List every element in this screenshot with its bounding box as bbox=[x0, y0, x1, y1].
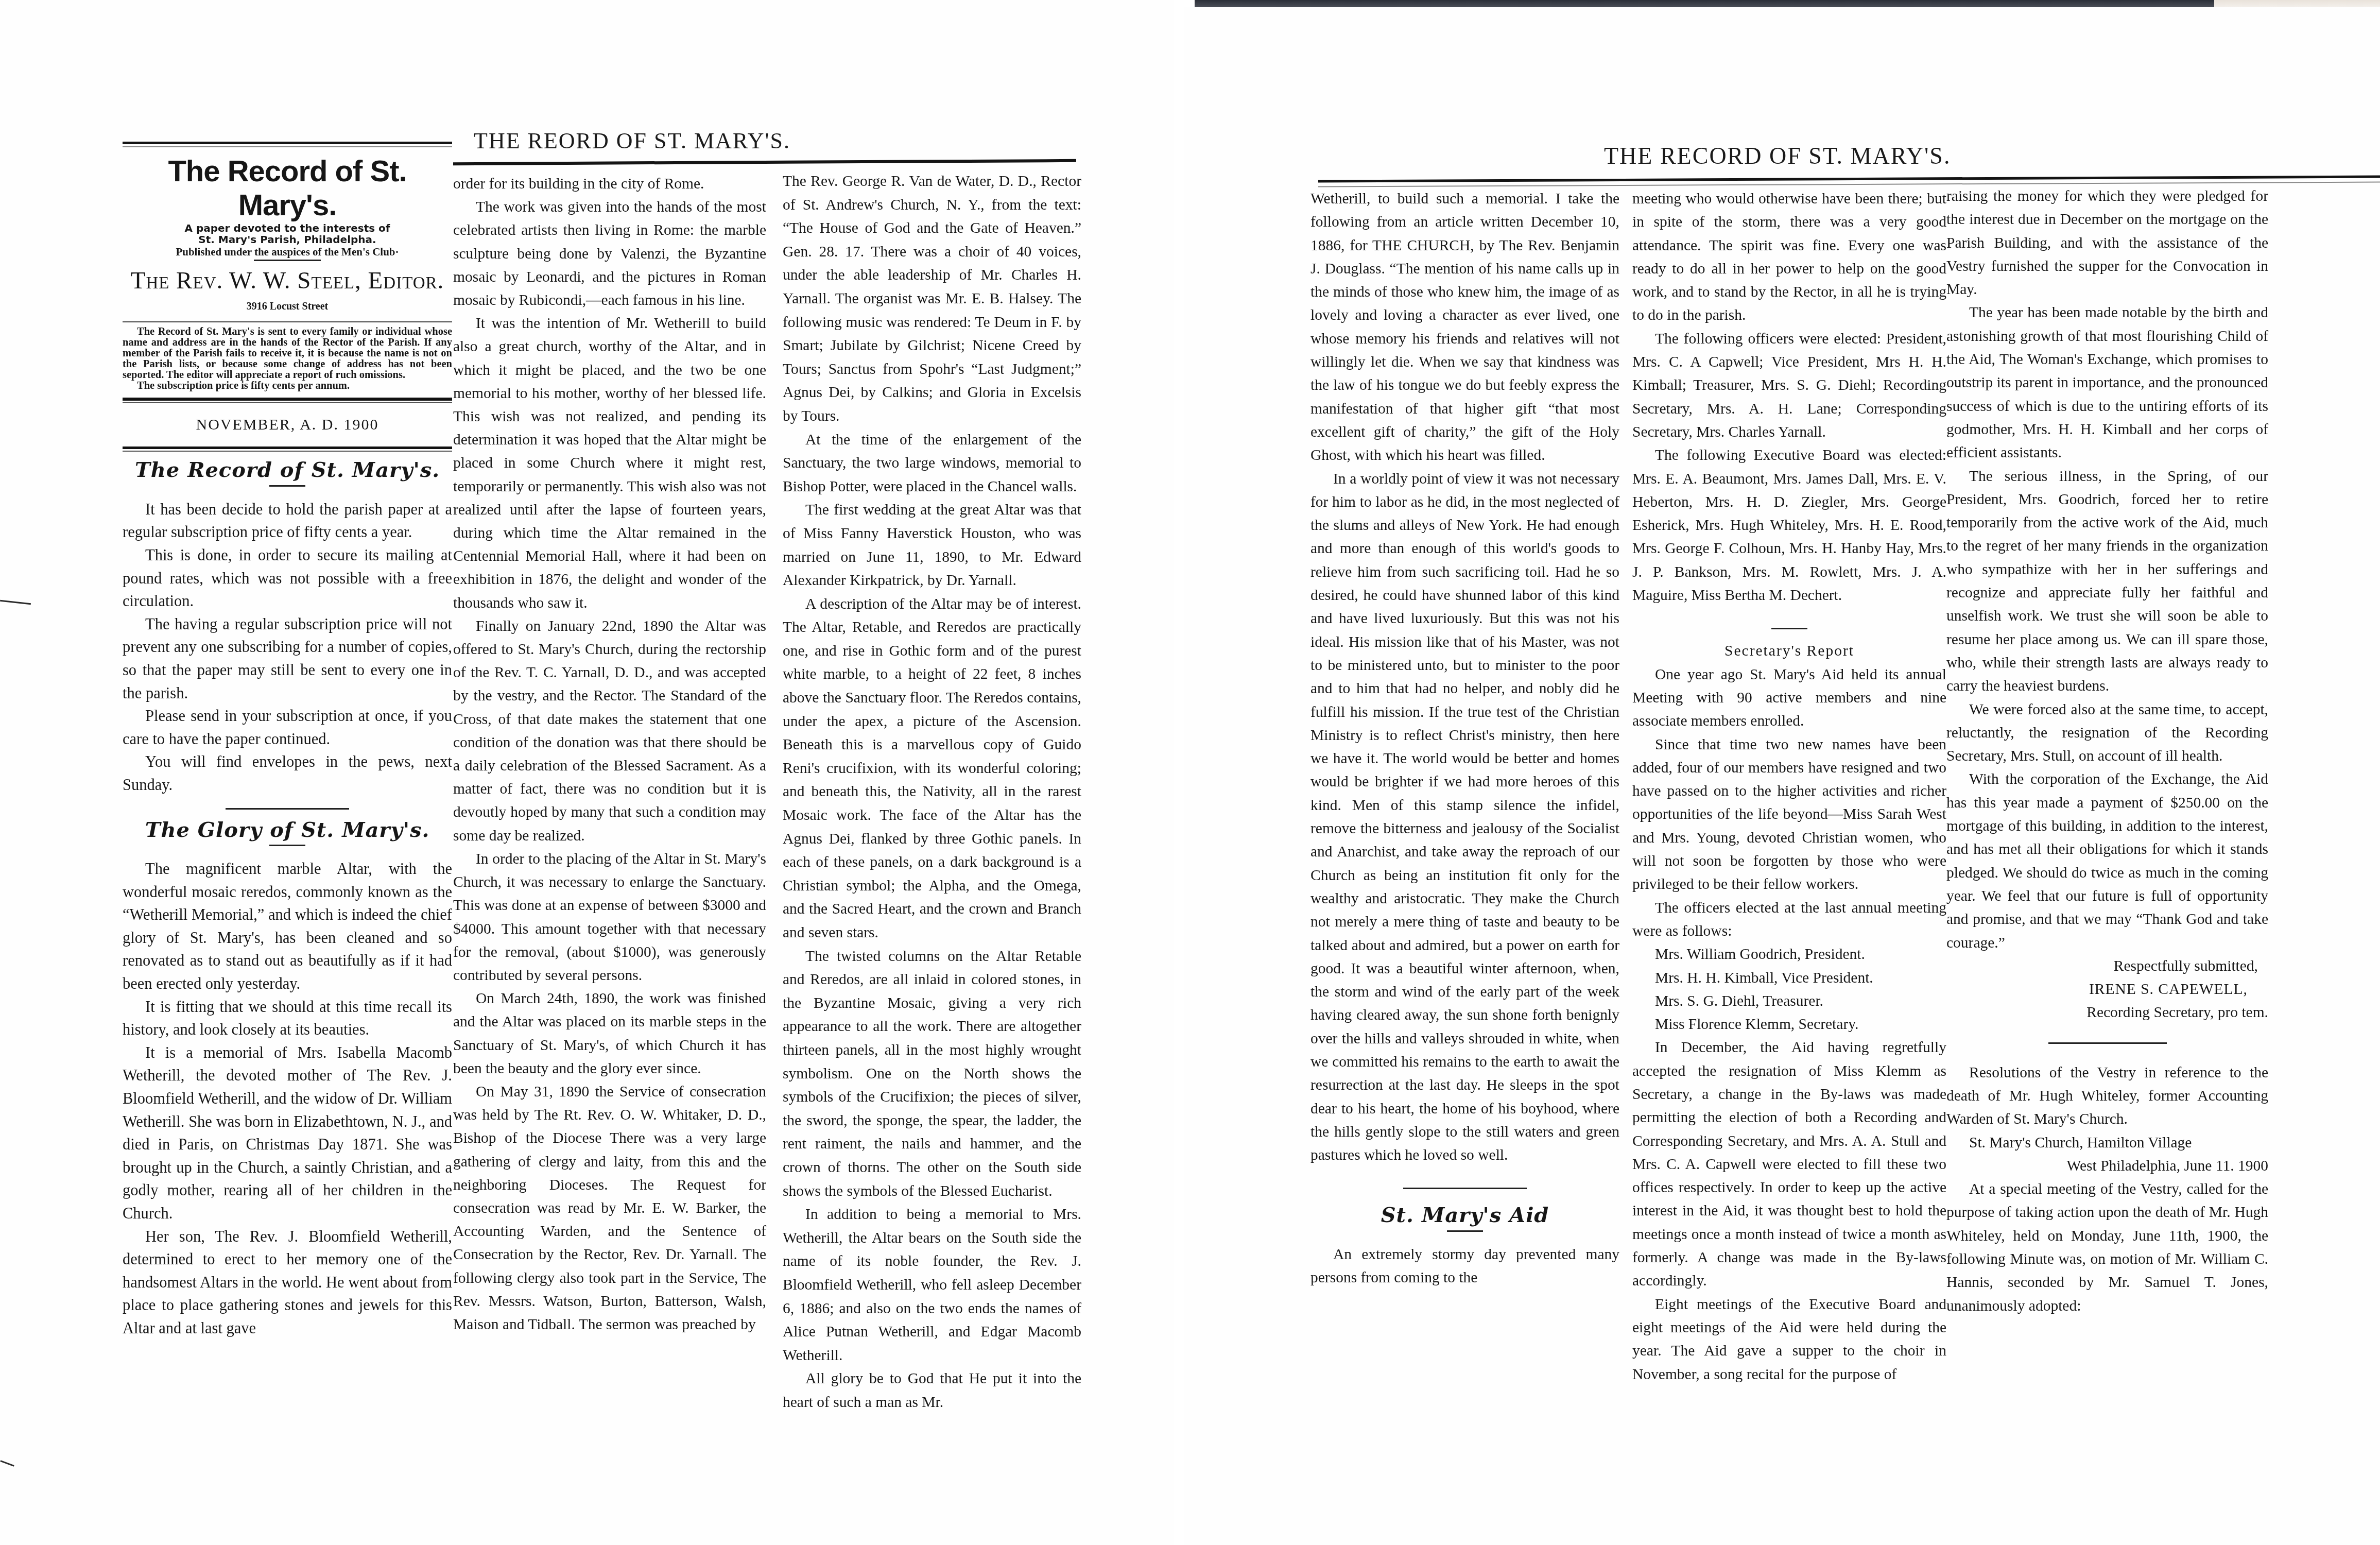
masthead-subtitle-1: A paper devoted to the interests of bbox=[123, 222, 452, 234]
column-2: meeting who would otherwise have been th… bbox=[1632, 187, 1946, 1386]
paragraph: Please send in your subscription at once… bbox=[123, 705, 452, 750]
page-top-edge bbox=[1195, 0, 2380, 7]
masthead-top-rule-thin bbox=[123, 146, 452, 147]
paragraph: In December, the Aid having regretfully … bbox=[1632, 1036, 1946, 1293]
masthead-top-rule bbox=[123, 142, 452, 144]
paragraph: Her son, The Rev. J. Bloomfield Wetheril… bbox=[123, 1225, 452, 1340]
scan-mark bbox=[0, 1460, 14, 1466]
officer-entry: Miss Florence Klemm, Secretary. bbox=[1632, 1013, 1946, 1036]
officer-entry: Mrs. William Goodrich, President. bbox=[1632, 943, 1946, 966]
paragraph: In order to the placing of the Altar in … bbox=[453, 848, 766, 987]
heading-underline bbox=[269, 845, 305, 846]
masthead-notice: The Record of St. Mary's is sent to ever… bbox=[123, 327, 452, 391]
masthead-divider bbox=[254, 260, 321, 261]
paragraph: At the time of the enlargement of the Sa… bbox=[783, 428, 1081, 499]
paragraph: The having a regular subscription price … bbox=[123, 613, 452, 705]
running-head-right: THE RECORD OF ST. MARY'S. bbox=[1604, 142, 1951, 169]
signoff-name: IRENE S. CAPEWELL, bbox=[1946, 978, 2268, 1001]
paragraph: The work was given into the hands of the… bbox=[453, 196, 766, 312]
masthead-editor: The Rev. W. W. Steel, Editor. bbox=[123, 266, 452, 295]
paragraph: All glory be to God that He put it into … bbox=[783, 1367, 1081, 1414]
paragraph: The following officers were elected: Pre… bbox=[1632, 328, 1946, 444]
paragraph: An extremely stormy day prevented many p… bbox=[1310, 1243, 1619, 1290]
signoff-title: Recording Secretary, pro tem. bbox=[1946, 1001, 2268, 1024]
paragraph: The magnificent marble Altar, with the w… bbox=[123, 857, 452, 995]
section-divider bbox=[1403, 1188, 1527, 1189]
price-notice: The subscription price is fifty cents pe… bbox=[123, 381, 452, 391]
heading-underline bbox=[1447, 1230, 1483, 1232]
heading-underline bbox=[269, 485, 305, 487]
masthead-address: 3916 Locust Street bbox=[123, 295, 452, 318]
paragraph: The Rev. George R. Van de Water, D. D., … bbox=[783, 170, 1081, 428]
paragraph: We were forced also at the same time, to… bbox=[1946, 698, 2268, 768]
section-divider bbox=[226, 808, 349, 810]
header-rule bbox=[453, 159, 1076, 165]
signoff-line: Respectfully submitted, bbox=[1946, 955, 2268, 978]
issue-date: NOVEMBER, A. D. 1900 bbox=[123, 414, 452, 437]
masthead-rule bbox=[123, 321, 452, 322]
paragraph: You will find envelopes in the pews, nex… bbox=[123, 750, 452, 796]
scan-mark bbox=[0, 600, 31, 605]
paragraph: The first wedding at the great Altar was… bbox=[783, 499, 1081, 592]
paragraph: meeting who would otherwise have been th… bbox=[1632, 187, 1946, 328]
right-page: THE RECORD OF ST. MARY'S. Wetherill, to … bbox=[1184, 7, 2380, 1545]
paragraph: It has been decide to hold the parish pa… bbox=[123, 498, 452, 544]
left-page: THE REORD OF ST. MARY'S. The Record of S… bbox=[0, 0, 1174, 1545]
paragraph: It was the intention of Mr. Wetherill to… bbox=[453, 312, 766, 615]
column-3: raising the money for which they were pl… bbox=[1946, 185, 2268, 1318]
notice-text: The Record of St. Mary's is sent to ever… bbox=[123, 327, 452, 381]
paragraph: On May 31, 1890 the Service of consecrat… bbox=[453, 1080, 766, 1336]
paragraph: This is done, in order to secure its mai… bbox=[123, 544, 452, 613]
resolutions-body: At a special meeting of the Vestry, call… bbox=[1946, 1178, 2268, 1318]
officer-entry: Mrs. H. H. Kimball, Vice President. bbox=[1632, 967, 1946, 990]
column-1: Wetherill, to build such a memorial. I t… bbox=[1310, 187, 1619, 1290]
running-head-left: THE REORD OF ST. MARY'S. bbox=[474, 128, 790, 154]
secretary-report-heading: Secretary's Report bbox=[1632, 640, 1946, 663]
paragraph: Since that time two new names have been … bbox=[1632, 733, 1946, 897]
date-rule-thin bbox=[123, 451, 452, 452]
column-2: order for its building in the city of Ro… bbox=[453, 173, 766, 1336]
paragraph: One year ago St. Mary's Aid held its ann… bbox=[1632, 663, 1946, 733]
paragraph: A description of the Altar may be of int… bbox=[783, 593, 1081, 945]
paragraph: raising the money for which they were pl… bbox=[1946, 185, 2268, 301]
aid-heading: St. Mary's Aid bbox=[1310, 1204, 1619, 1227]
paragraph: The following Executive Board was electe… bbox=[1632, 444, 1946, 607]
paragraph: With the corporation of the Exchange, th… bbox=[1946, 768, 2268, 954]
date-rule bbox=[123, 447, 452, 449]
paragraph: The officers elected at the last annual … bbox=[1632, 897, 1946, 943]
paragraph: The twisted columns on the Altar Retable… bbox=[783, 945, 1081, 1204]
column-1: The Record of St. Mary's. A paper devote… bbox=[123, 142, 452, 1340]
section-divider bbox=[2048, 1042, 2167, 1044]
paragraph: The year has been made notable by the bi… bbox=[1946, 301, 2268, 465]
masthead-published: Published under the auspices of the Men'… bbox=[123, 245, 452, 259]
paragraph: On March 24th, 1890, the work was finish… bbox=[453, 987, 766, 1080]
paragraph: In addition to being a memorial to Mrs. … bbox=[783, 1203, 1081, 1367]
article-heading-record: The Record of St. Mary's. bbox=[123, 459, 452, 482]
resolutions-dateline: West Philadelphia, June 11. 1900 bbox=[1946, 1155, 2268, 1178]
masthead-bottom-rule-thin bbox=[123, 402, 452, 403]
paragraph: The serious illness, in the Spring, of o… bbox=[1946, 465, 2268, 698]
paragraph: Finally on January 22nd, 1890 the Altar … bbox=[453, 615, 766, 848]
paragraph: order for its building in the city of Ro… bbox=[453, 173, 766, 196]
paragraph: It is fitting that we should at this tim… bbox=[123, 995, 452, 1041]
section-divider bbox=[1771, 628, 1807, 629]
article-heading-glory: The Glory of St. Mary's. bbox=[123, 819, 452, 842]
header-rule bbox=[1318, 175, 2380, 182]
resolutions-place: St. Mary's Church, Hamilton Village bbox=[1946, 1131, 2268, 1155]
masthead-title: The Record of St. Mary's. bbox=[123, 154, 452, 222]
paragraph: It is a memorial of Mrs. Isabella Macomb… bbox=[123, 1041, 452, 1225]
column-3: The Rev. George R. Van de Water, D. D., … bbox=[783, 170, 1081, 1414]
paragraph: In a worldly point of view it was not ne… bbox=[1310, 468, 1619, 1168]
masthead-subtitle-2: St. Mary's Parish, Philadelpha. bbox=[123, 234, 452, 245]
paragraph: Wetherill, to build such a memorial. I t… bbox=[1310, 187, 1619, 468]
resolutions-intro: Resolutions of the Vestry in reference t… bbox=[1946, 1061, 2268, 1131]
masthead-bottom-rule bbox=[123, 398, 452, 401]
paragraph: Eight meetings of the Executive Board an… bbox=[1632, 1293, 1946, 1386]
officer-entry: Mrs. S. G. Diehl, Treasurer. bbox=[1632, 990, 1946, 1013]
